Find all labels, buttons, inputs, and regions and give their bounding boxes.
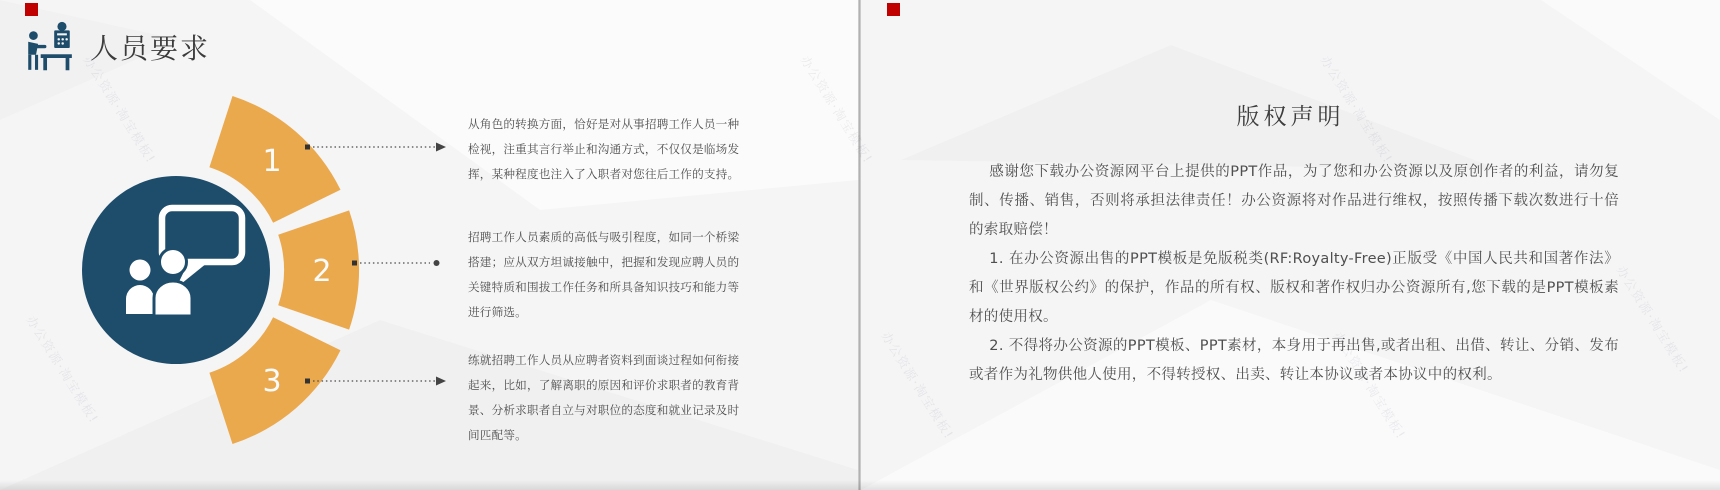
- connector-dot-2: [352, 261, 357, 266]
- corner-marker: [887, 3, 900, 16]
- copyright-body: 感谢您下载办公资源网平台上提供的PPT作品，为了您和办公资源以及原创作者的利益，…: [969, 158, 1619, 390]
- copyright-paragraph-1: 感谢您下载办公资源网平台上提供的PPT作品，为了您和办公资源以及原创作者的利益，…: [969, 158, 1619, 245]
- step-number-3: 3: [262, 364, 281, 399]
- connector-dot-1: [305, 145, 310, 150]
- step-number-2: 2: [312, 254, 331, 289]
- copyright-paragraph-2: 1. 在办公资源出售的PPT模板是免版税类(RF:Royalty-Free)正版…: [969, 245, 1619, 332]
- connector-arrow-1: [436, 143, 446, 152]
- connector-dot-3: [305, 379, 310, 384]
- copyright-title: 版权声明: [861, 98, 1720, 131]
- slide-personnel-requirements: 人员要求 1 2 3: [0, 0, 858, 490]
- step-number-1: 1: [262, 144, 281, 179]
- requirement-text-2: 招聘工作人员素质的高低与吸引程度，如同一个桥梁搭建；应从双方坦诚接触中，把握和发…: [468, 225, 750, 325]
- presentation-canvas: 人员要求 1 2 3: [0, 0, 1720, 490]
- requirement-text-1: 从角色的转换方面，恰好是对从事招聘工作人员一种检视，注重其言行举止和沟通方式，不…: [468, 112, 750, 187]
- requirement-text-3: 练就招聘工作人员从应聘者资料到面谈过程如何衔接起来，比如，了解离职的原因和评价求…: [468, 348, 750, 448]
- slide-copyright-statement: 版权声明 感谢您下载办公资源网平台上提供的PPT作品，为了您和办公资源以及原创作…: [861, 0, 1720, 490]
- bottom-shadow: [0, 480, 1720, 490]
- connector-arrow-3: [436, 377, 446, 386]
- connector-end-dot-2: [434, 260, 440, 266]
- copyright-paragraph-3: 2. 不得将办公资源的PPT模板、PPT素材，本身用于再出售,或者出租、出借、转…: [969, 332, 1619, 390]
- ring-diagram: 1 2 3: [0, 0, 460, 490]
